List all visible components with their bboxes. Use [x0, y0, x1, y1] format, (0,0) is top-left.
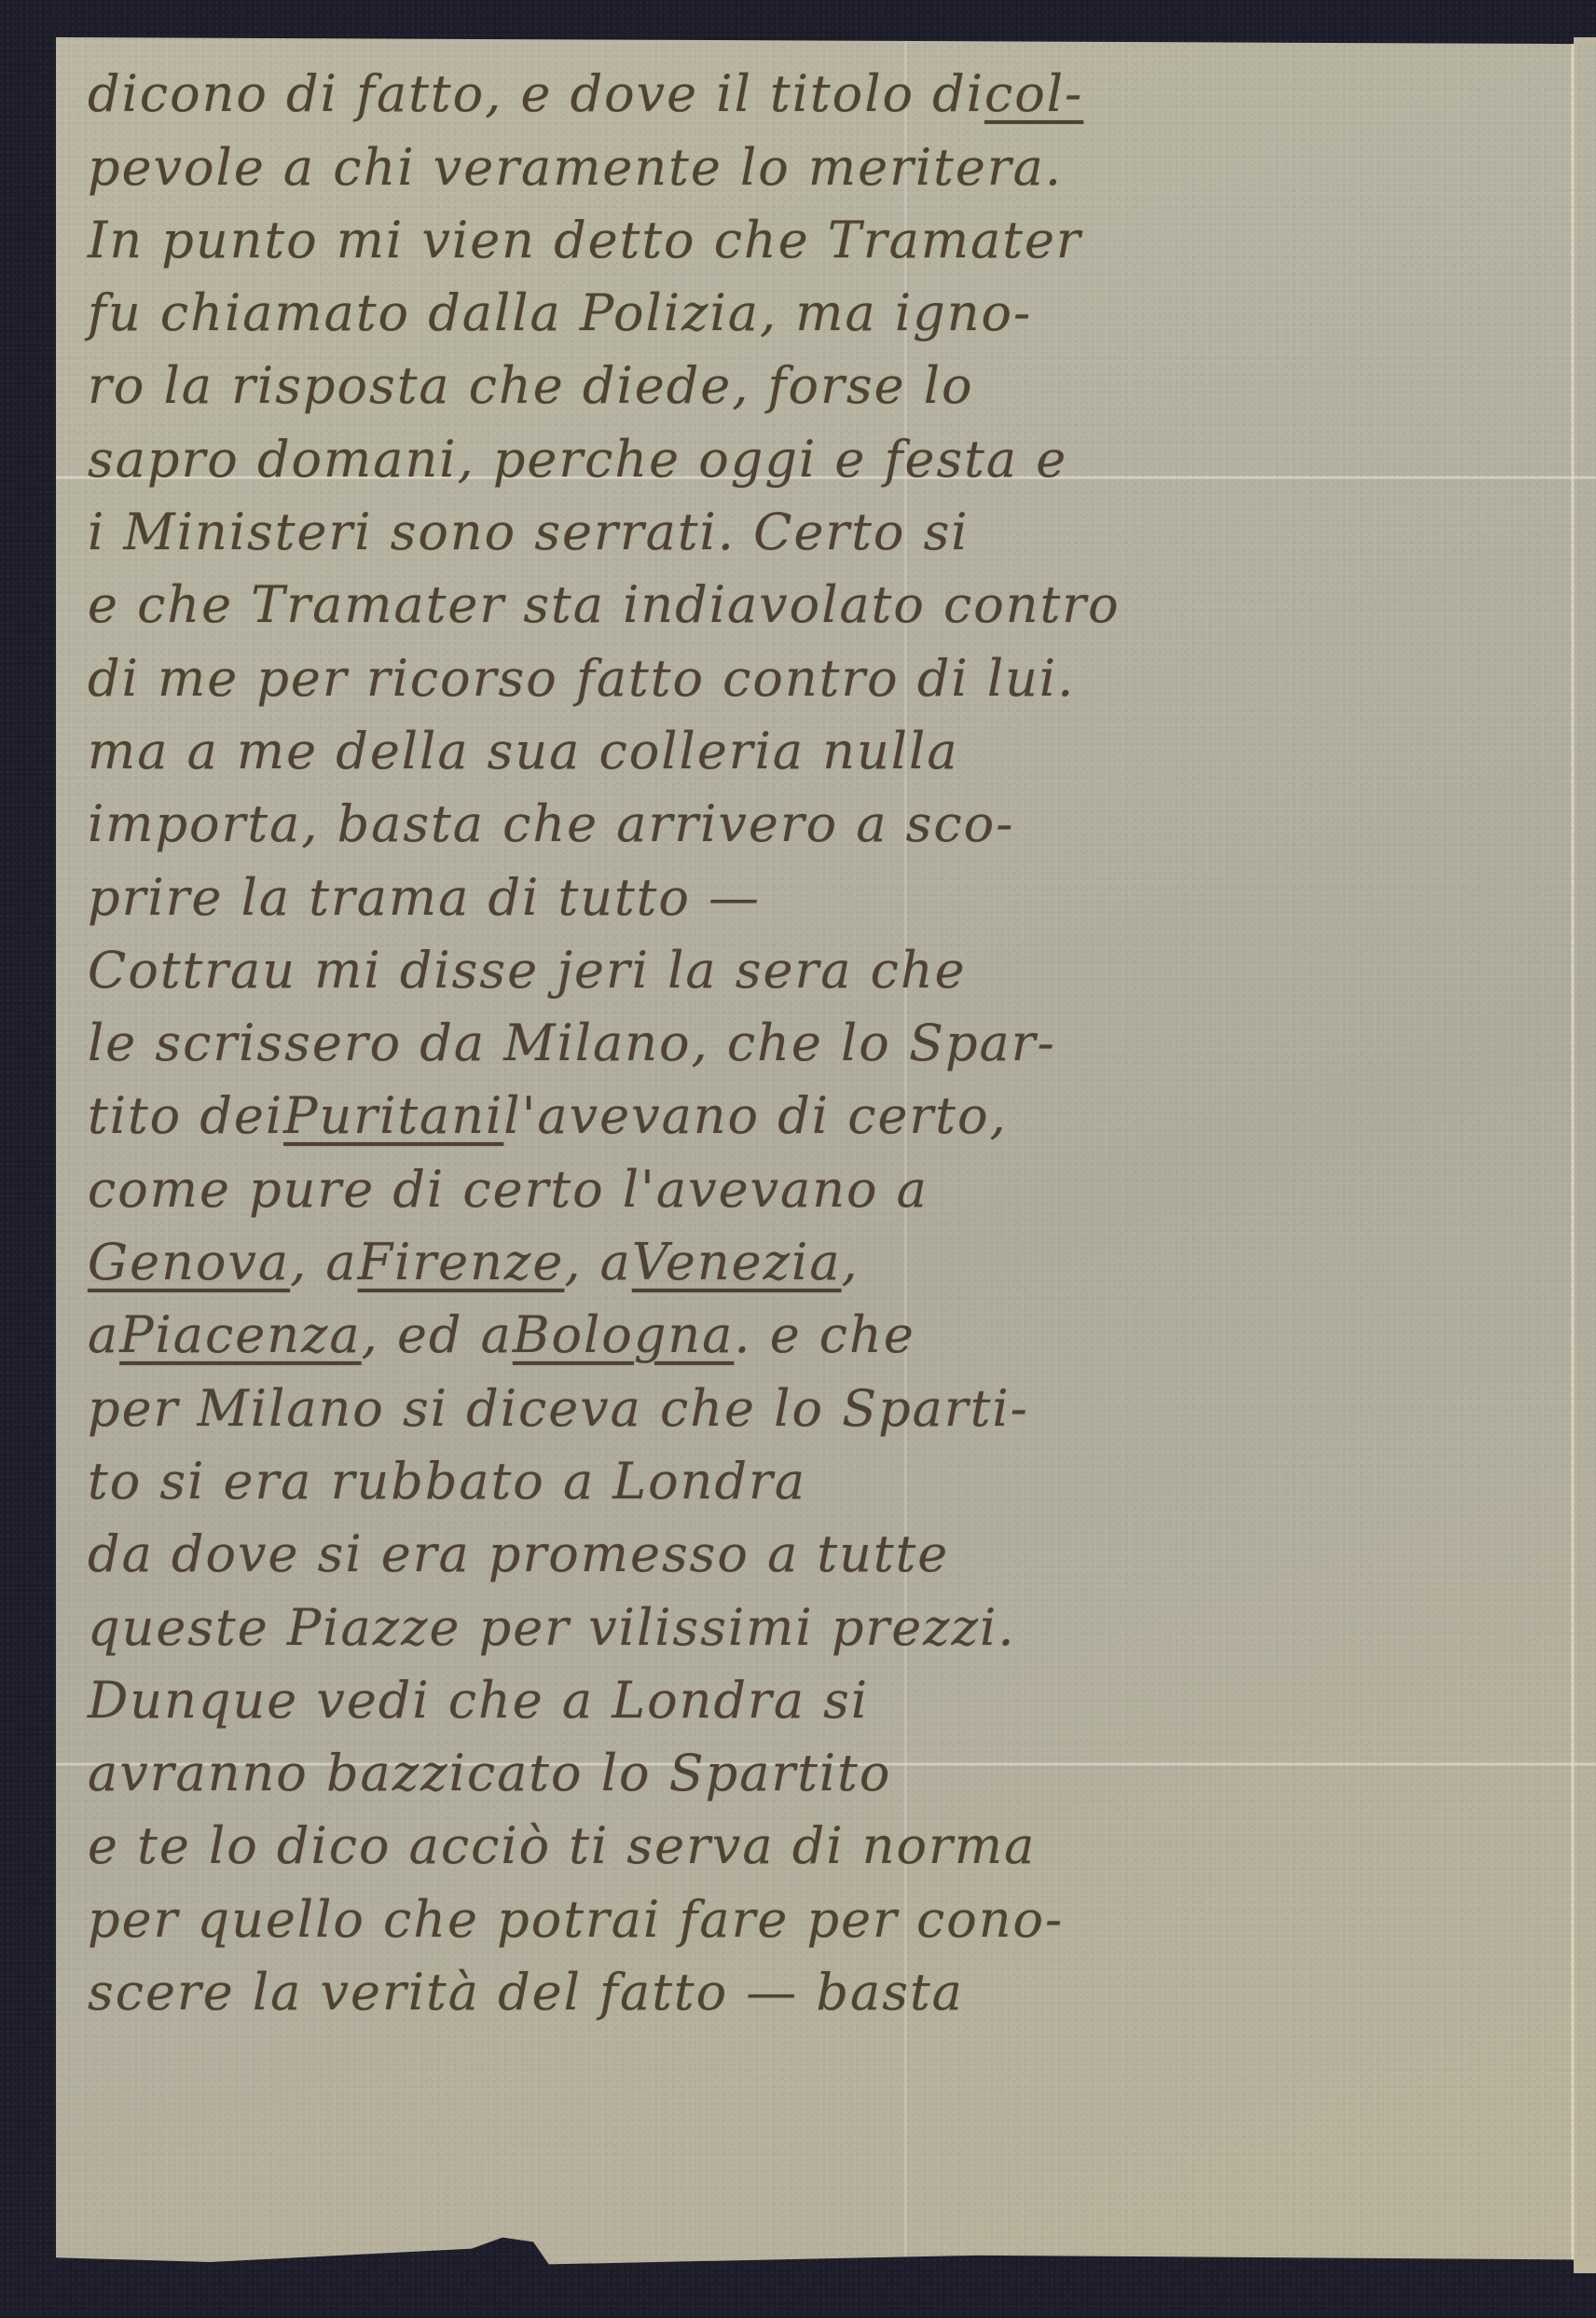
text-line: ro la risposta che diede, forse lo: [88, 346, 1514, 419]
underlined-word: Bologna: [513, 1310, 735, 1360]
text-line: prire la trama di tutto —: [88, 857, 1514, 930]
text-line: queste Piazze per vilissimi prezzi.: [88, 1587, 1514, 1660]
text-line: e che Tramater sta indiavolato contro: [88, 565, 1514, 638]
text-line: sapro domani, perche oggi e festa e: [88, 419, 1514, 491]
underlined-word: Venezia: [632, 1237, 842, 1288]
text-line: e te lo dico acciò ti serva di norma: [88, 1806, 1514, 1879]
text-line: pevole a chi veramente lo meritera.: [88, 127, 1514, 200]
text-line: to si era rubbato a Londra: [88, 1442, 1514, 1514]
text-line: Dunque vedi che a Londra si: [88, 1661, 1514, 1733]
text-line: di me per ricorso fatto contro di lui.: [88, 638, 1514, 711]
text-line: per quello che potrai fare per cono-: [88, 1879, 1514, 1952]
text-line: dicono di fatto, e dove il titolo di col…: [88, 54, 1514, 127]
text-line: Cottrau mi disse jeri la sera che: [88, 931, 1514, 1003]
text-line: scere la verità del fatto — basta: [88, 1952, 1514, 2025]
underlined-word: col-: [984, 69, 1083, 119]
text-line: i Ministeri sono serrati. Certo si: [88, 492, 1514, 565]
handwritten-text: dicono di fatto, e dove il titolo di col…: [88, 54, 1514, 2025]
text-line: tito dei Puritani l'avevano di certo,: [88, 1076, 1514, 1149]
text-line: In punto mi vien detto che Tramater: [88, 200, 1514, 273]
underlined-word: Piacenza: [119, 1310, 361, 1360]
text-line: ma a me della sua colleria nulla: [88, 711, 1514, 784]
text-line: importa, basta che arrivero a sco-: [88, 784, 1514, 857]
text-line: come pure di certo l'avevano a: [88, 1149, 1514, 1221]
text-line: da dove si era promesso a tutte: [88, 1514, 1514, 1587]
text-line: le scrissero da Milano, che lo Spar-: [88, 1003, 1514, 1076]
text-line: fu chiamato dalla Polizia, ma igno-: [88, 273, 1514, 346]
text-line: per Milano si diceva che lo Sparti-: [88, 1368, 1514, 1441]
text-line: Genova, a Firenze, a Venezia,: [88, 1222, 1514, 1295]
underlined-word: Puritani: [283, 1091, 503, 1141]
underlined-word: Firenze: [358, 1237, 565, 1288]
text-line: avranno bazzicato lo Spartito: [88, 1733, 1514, 1806]
text-line: a Piacenza, ed a Bologna. e che: [88, 1295, 1514, 1368]
underlined-word: Genova: [88, 1237, 290, 1288]
